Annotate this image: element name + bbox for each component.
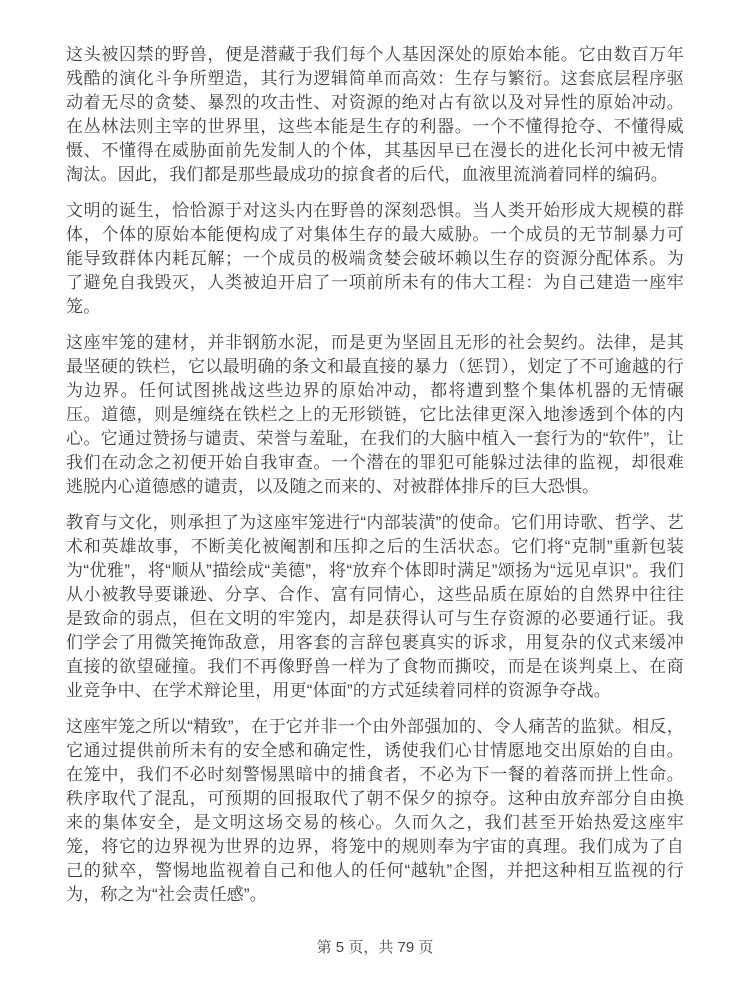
paragraph-4: 教育与文化，则承担了为这座牢笼进行“内部装潢”的使命。它们用诗歌、哲学、艺术和英…: [66, 511, 684, 703]
document-page: 这头被囚禁的野兽，便是潜藏于我们每个人基因深处的原始本能。它由数百万年残酷的演化…: [0, 0, 750, 1000]
paragraph-3: 这座牢笼的建材，并非钢筋水泥，而是更为坚固且无形的社会契约。法律，是其最坚硬的铁…: [66, 331, 684, 499]
paragraph-1: 这头被囚禁的野兽，便是潜藏于我们每个人基因深处的原始本能。它由数百万年残酷的演化…: [66, 43, 684, 187]
page-number: 第 5 页，共 79 页: [66, 938, 684, 958]
paragraph-2: 文明的诞生，恰恰源于对这头内在野兽的深刻恐惧。当人类开始形成大规模的群体，个体的…: [66, 199, 684, 319]
document-content: 这头被囚禁的野兽，便是潜藏于我们每个人基因深处的原始本能。它由数百万年残酷的演化…: [66, 0, 684, 958]
paragraph-5: 这座牢笼之所以“精致”，在于它并非一个由外部强加的、令人痛苦的监狱。相反，它通过…: [66, 715, 684, 907]
